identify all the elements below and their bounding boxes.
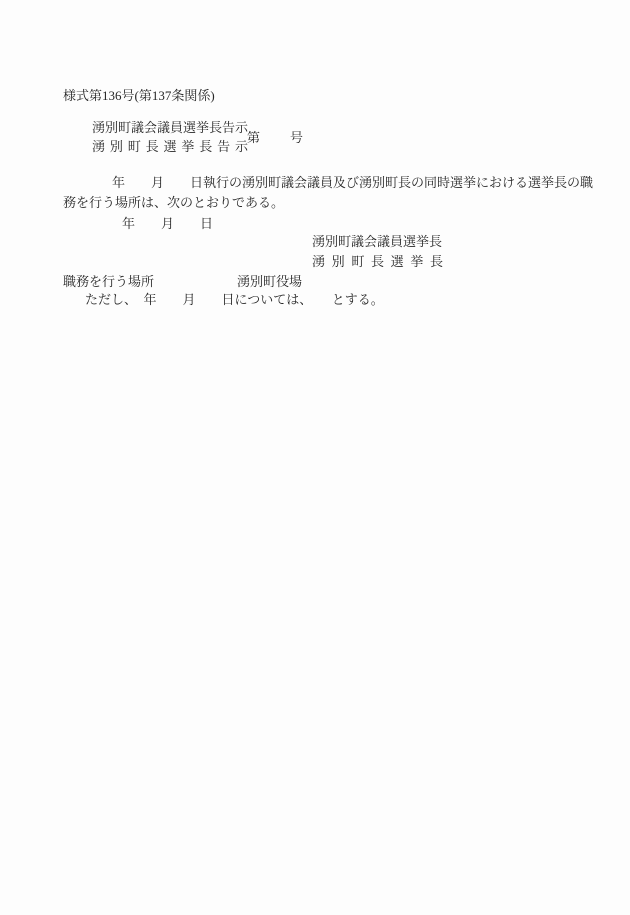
signer-line1: 湧別町議会議員選挙長 xyxy=(312,232,443,252)
notice-number: 第号 xyxy=(247,127,303,146)
notice-number-prefix: 第 xyxy=(247,130,260,145)
body-paragraph: 年 月 日執行の湧別町議会議員及び湧別町長の同時選挙における選挙長の職務を行う場… xyxy=(63,173,598,212)
notice-title-block: 湧別町議会議員選挙長告示 湧別町長選挙長告示 xyxy=(92,118,248,156)
place-label: 職務を行う場所 xyxy=(63,274,154,289)
signature-block: 湧別町議会議員選挙長 湧別町長選挙長 xyxy=(312,232,443,272)
notice-number-suffix: 号 xyxy=(290,130,303,145)
form-number: 様式第136号(第137条関係) xyxy=(63,85,215,104)
proviso-line: ただし、 年 月 日については、 とする。 xyxy=(85,289,384,308)
place-line: 職務を行う場所 湧別町役場 xyxy=(63,271,483,290)
notice-title-line2: 湧別町長選挙長告示 xyxy=(92,137,248,156)
date-line: 年 月 日 xyxy=(63,213,213,232)
notice-title-line1: 湧別町議会議員選挙長告示 xyxy=(92,118,248,137)
document-page: 様式第136号(第137条関係) 湧別町議会議員選挙長告示 湧別町長選挙長告示 … xyxy=(0,0,630,915)
place-value: 湧別町役場 xyxy=(237,271,302,290)
signer-line2: 湧別町長選挙長 xyxy=(312,252,443,272)
